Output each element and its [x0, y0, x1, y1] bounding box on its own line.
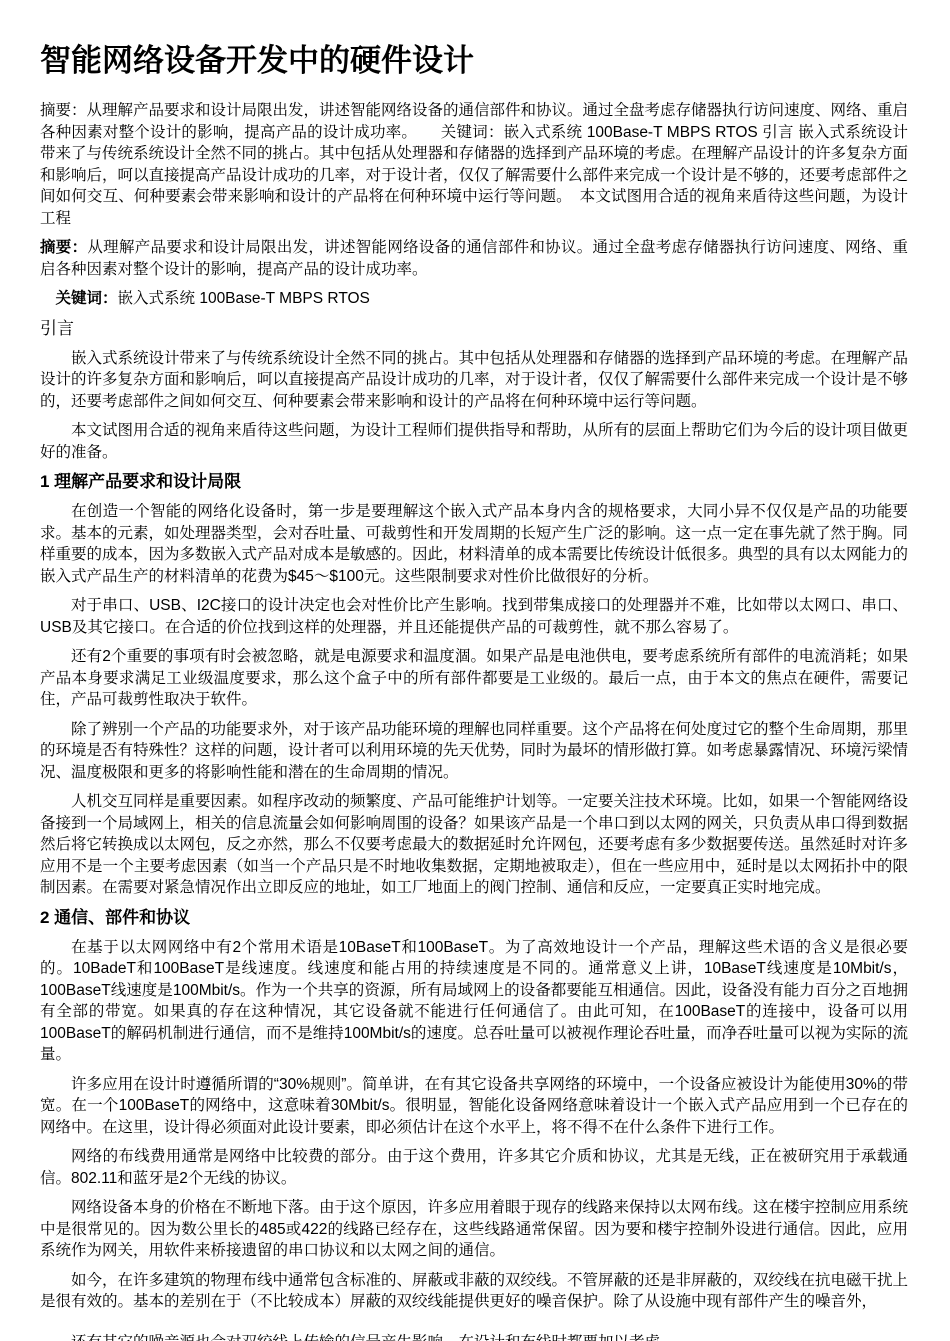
paragraph: 在基于以太网网络中有2个常用术语是10BaseT和100BaseT。为了高效地设…	[40, 937, 908, 1066]
paragraph: 如今，在许多建筑的物理布线中通常包含标准的、屏蔽或非蔽的双绞线。不管屏蔽的还是非…	[40, 1270, 908, 1313]
paragraph: 对于串口、USB、I2C接口的设计决定也会对性价比产生影响。找到带集成接口的处理…	[40, 595, 908, 638]
keywords-label: 关键词：	[56, 290, 118, 307]
paragraph: 许多应用在设计时遵循所谓的“30%规则”。简单讲，在有其它设备共享网络的环境中，…	[40, 1074, 908, 1139]
clipped-next-line: 还有其它的噪音源也会对双绞线上传输的信号产生影响，在设计和布线时都要加以考虑。	[40, 1332, 908, 1341]
abstract-label: 摘要：	[40, 239, 87, 256]
section-heading-1: 1 理解产品要求和设计局限	[40, 471, 908, 493]
paragraph: 除了辨别一个产品的功能要求外，对于该产品功能环境的理解也同样重要。这个产品将在何…	[40, 719, 908, 784]
keywords-text: 嵌入式系统 100Base-T MBPS RTOS	[118, 290, 370, 307]
paragraph: 在创造一个智能的网络化设备时，第一步是要理解这个嵌入式产品本身内含的规格要求，大…	[40, 501, 908, 587]
paragraph: 本文试图用合适的视角来盾待这些问题，为设计工程师们提供指导和帮助，从所有的层面上…	[40, 420, 908, 463]
paragraph: 还有2个重要的事项有时会被忽略，就是电源要求和温度涸。如果产品是电池供电，要考虑…	[40, 646, 908, 711]
page-title: 智能网络设备开发中的硬件设计	[40, 42, 908, 80]
abstract-text: 从理解产品要求和设计局限出发，讲述智能网络设备的通信部件和协议。通过全盘考虑存储…	[40, 239, 908, 278]
paragraph: 嵌入式系统设计带来了与传统系统设计全然不同的挑占。其中包括从处理器和存储器的选择…	[40, 348, 908, 413]
abstract-paragraph: 摘要：从理解产品要求和设计局限出发，讲述智能网络设备的通信部件和协议。通过全盘考…	[40, 237, 908, 280]
paragraph: 网络设备本身的价格在不断地下落。由于这个原因，许多应用着眼于现存的线路来保持以太…	[40, 1197, 908, 1262]
section-heading-intro: 引言	[40, 318, 908, 340]
keywords-line: 关键词：嵌入式系统 100Base-T MBPS RTOS	[40, 288, 908, 310]
section-heading-2: 2 通信、部件和协议	[40, 907, 908, 929]
article-page: 智能网络设备开发中的硬件设计 摘要：从理解产品要求和设计局限出发，讲述智能网络设…	[0, 0, 950, 1341]
paragraph: 网络的布线费用通常是网络中比较费的部分。由于这个费用，许多其它介质和协议，尤其是…	[40, 1146, 908, 1189]
lead-paragraph: 摘要：从理解产品要求和设计局限出发，讲述智能网络设备的通信部件和协议。通过全盘考…	[40, 100, 908, 229]
paragraph: 人机交互同样是重要因素。如程序改动的频繁度、产品可能维护计划等。一定要关注技术环…	[40, 791, 908, 899]
